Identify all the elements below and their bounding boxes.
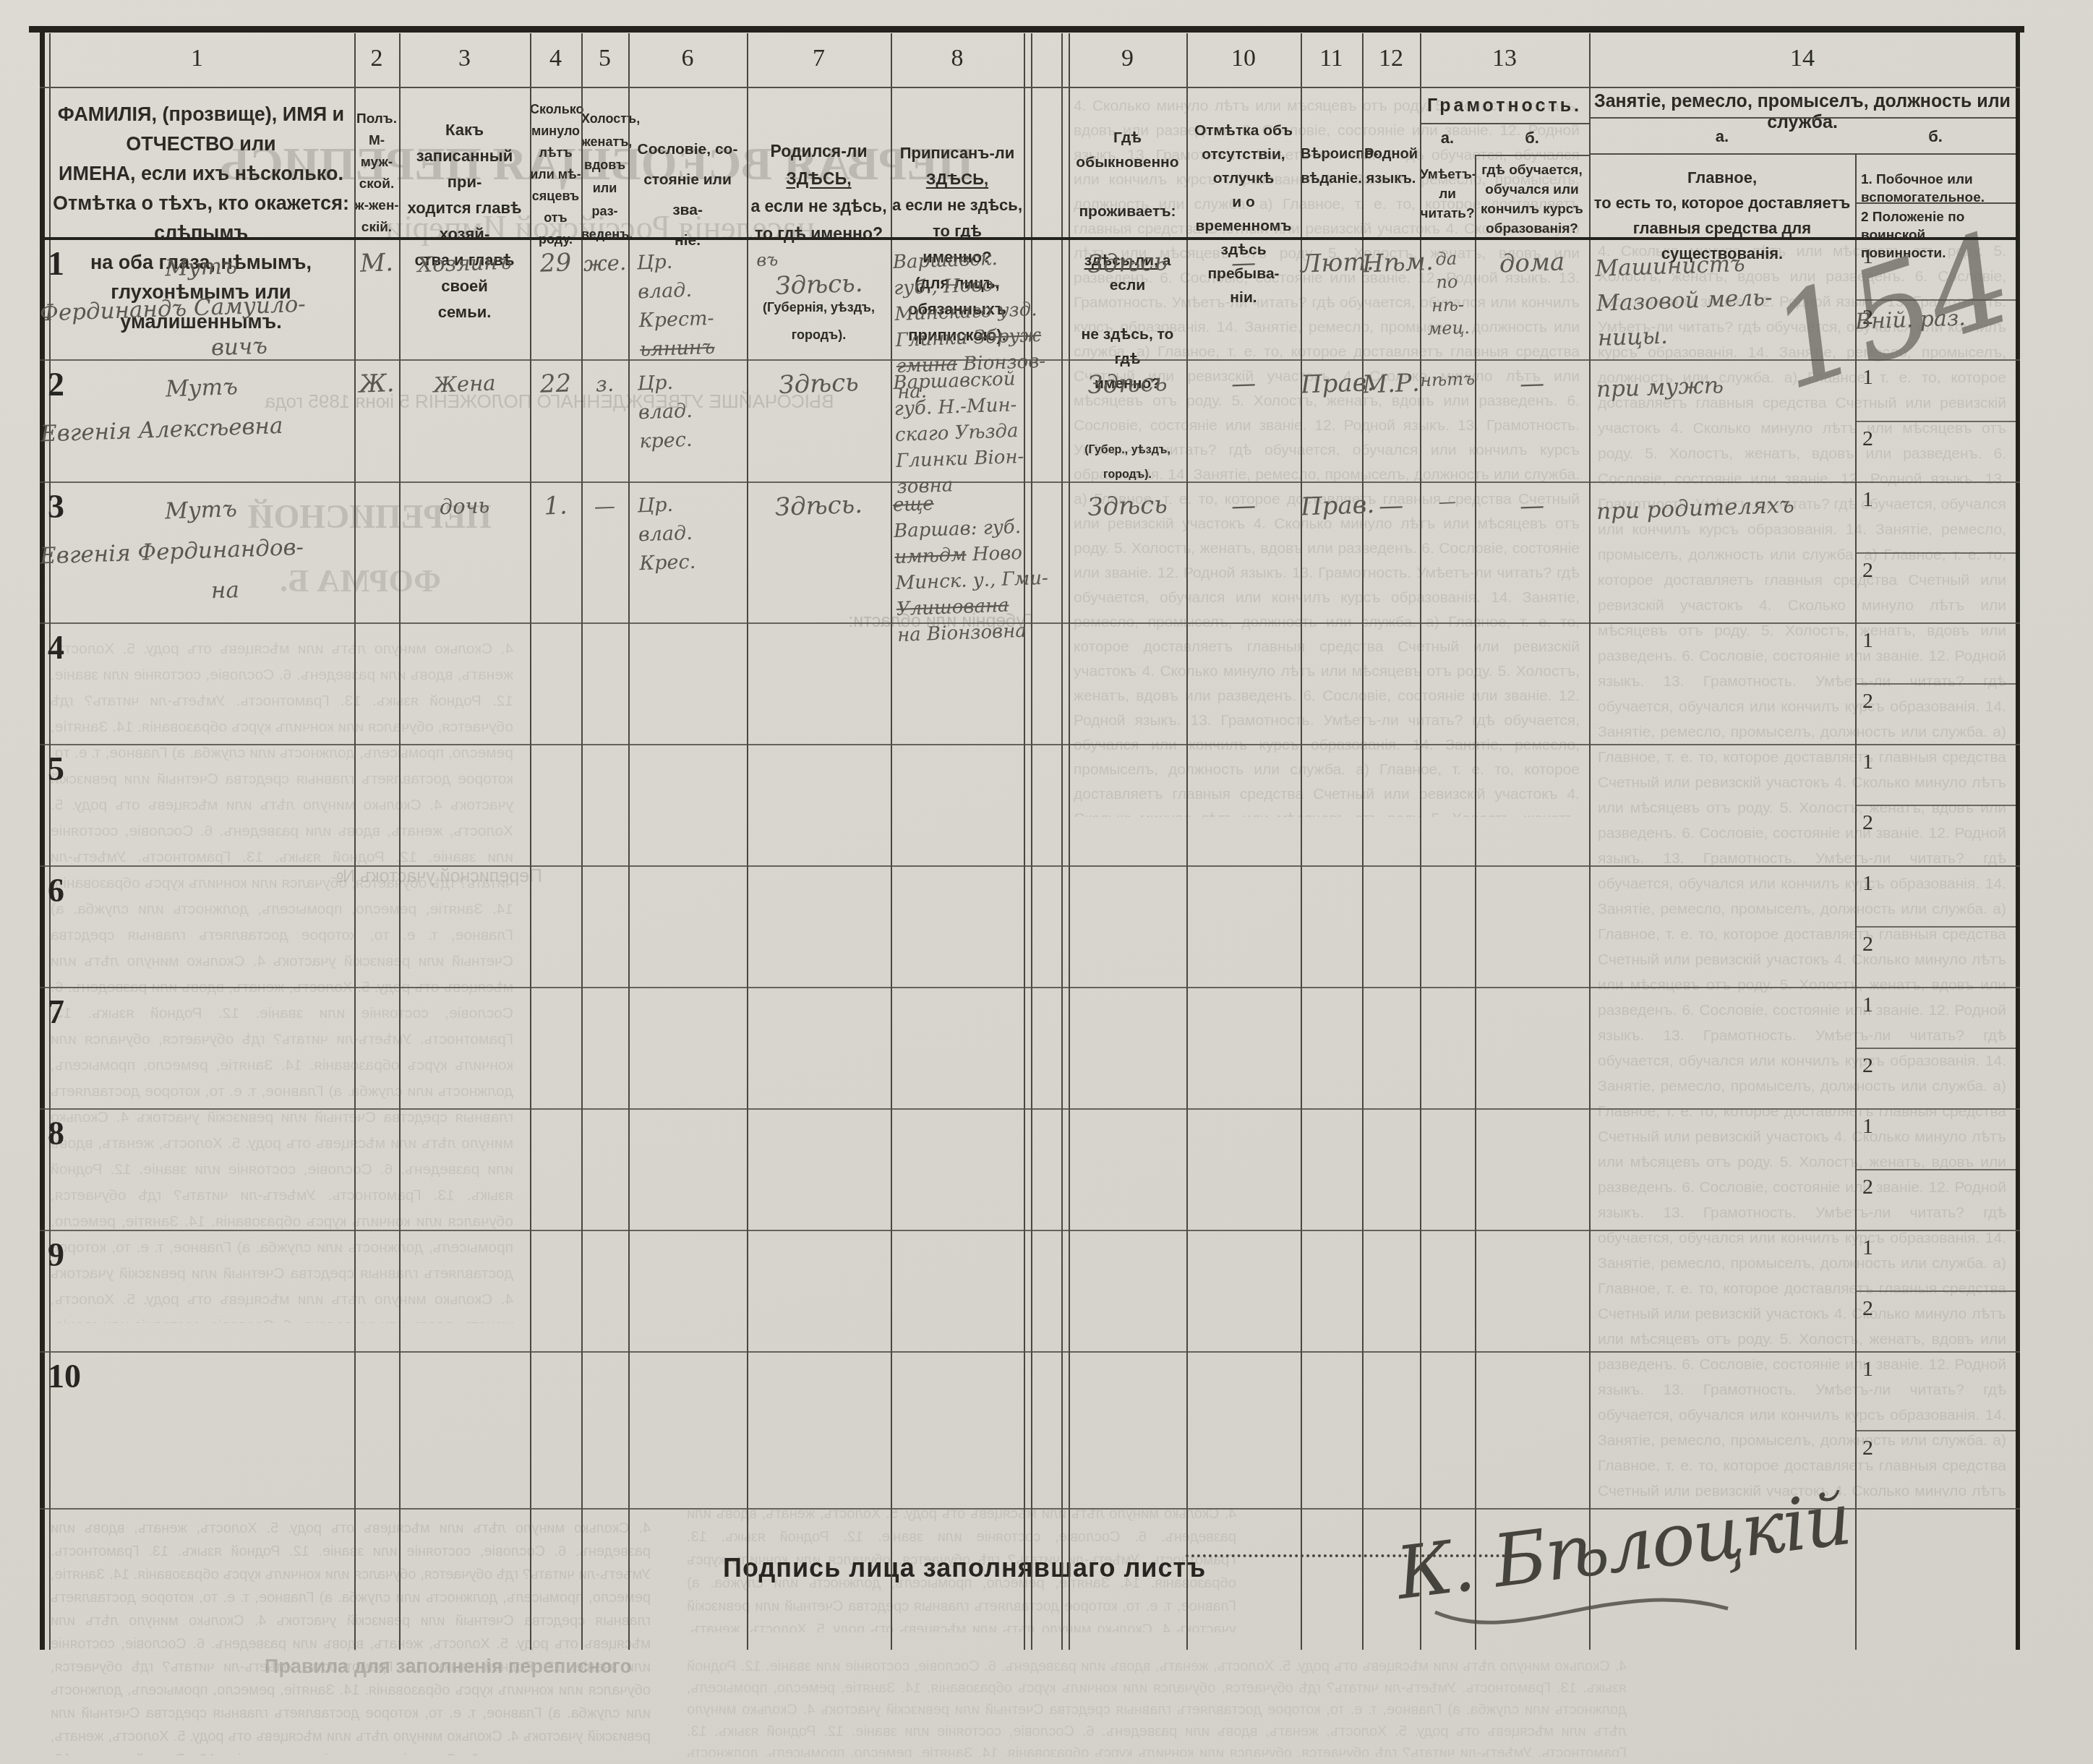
row-3-cell-c8: ещеВаршав: губ.имѣдм НовоМинск. у., Гми-… [888, 488, 1026, 648]
header-col13a-text: Умѣетъ- ли читать? [1420, 165, 1475, 223]
col14b-mark-1: 1 [1862, 244, 1873, 269]
table-top-border [29, 26, 2024, 33]
header-col9-note: (Губер., уѣздъ, городъ). [1069, 438, 1186, 487]
header-col2: Полъ. М-муж- ской. ж-жен- скій. [354, 108, 399, 239]
header-col9: Гдѣ обыкновенно проживаетъ: здѣсь-ли, а … [1069, 101, 1186, 512]
column-number: 4 [530, 45, 581, 72]
col14b-mark-2: 2 [1862, 810, 1873, 835]
bleedthrough-left-middle: 4. Сколько минуло лѣтъ или мѣсяцевъ отъ … [51, 636, 513, 1323]
row-number: 7 [48, 993, 98, 1031]
row-3-cell-c13a: — [1419, 489, 1475, 515]
row-2-cell-c10: — [1186, 366, 1301, 401]
grid-row-line [40, 481, 2020, 483]
col14b-mark-1: 1 [1862, 1114, 1873, 1139]
col14b-mark-2: 2 [1862, 932, 1873, 956]
row-1-cell-c1: МутъФердинандъ Самуило-вичъ [38, 241, 356, 374]
col14b-mark-1: 1 [1862, 1236, 1873, 1260]
col14b-half-line [1855, 1430, 2016, 1431]
row-2-cell-c11: Прав. [1300, 367, 1362, 401]
header-col13b-text: гдѣ обучается, обучался или кончилъ курс… [1475, 160, 1589, 239]
grid-row-line [40, 622, 2020, 624]
col14b-mark-1: 1 [1862, 1357, 1873, 1382]
header-col3: Какъ записанный при- ходится главѣ хозяй… [399, 117, 530, 325]
col14b-mark-1: 1 [1862, 365, 1873, 390]
row-1-cell-c4: 29 [529, 247, 581, 280]
header-col14a-label: а. [1589, 127, 1855, 146]
row-number: 5 [48, 750, 98, 788]
grid-row-line [40, 744, 2020, 745]
header-col7-here: ЗДѢСЬ, [786, 169, 851, 188]
row-2-cell-c3: Жена [398, 366, 530, 402]
header-col14b-label: б. [1855, 127, 2016, 146]
column-number: 3 [399, 45, 530, 72]
row-2-cell-c12: М.Р. [1361, 367, 1420, 401]
row-3-cell-c1: МутъЕвгенія Фердинандов-на [38, 484, 356, 617]
row-1-cell-c7: въЗдѣсь. [746, 245, 891, 304]
header-col14-underline [1589, 117, 2016, 119]
column-number: 10 [1186, 45, 1301, 72]
row-number: 6 [48, 871, 98, 909]
row-2-cell-c5: з. [581, 367, 628, 401]
row-1-cell-c14a: МашинистъМазовой мель-ницы. [1588, 243, 1857, 356]
row-2-cell-c2: Ж. [354, 367, 399, 401]
grid-row-line [40, 1508, 2020, 1510]
row-3-cell-c3: дочь [398, 488, 530, 524]
row-number: 9 [48, 1236, 98, 1274]
row-2-cell-c1: МутъЕвгенія Алексѣевна [38, 362, 356, 454]
col14b-half-line [1855, 1169, 2016, 1170]
col14b-mark-2: 2 [1862, 1436, 1873, 1460]
column-number: 5 [581, 45, 628, 72]
header-col10: Отмѣтка объ отсутствіи, отлучкѣ и о врем… [1186, 119, 1301, 309]
col14b-half-line [1855, 683, 2016, 685]
header-col11: Вѣроиспо- вѣданіе. [1301, 142, 1362, 191]
bleedthrough-rules-title: Правила для заполненія переписного листа… [239, 1656, 658, 1684]
header-col13-title: Грамотность. [1420, 95, 1589, 116]
row-1-cell-c13b: дома [1474, 245, 1589, 281]
col14b-mark-2: 2 [1862, 427, 1873, 451]
row-2-cell-c4: 22 [529, 367, 581, 401]
header-col8-here: ЗДѢСЬ, [926, 170, 988, 188]
signature-flourish [1431, 1583, 1735, 1648]
grid-vline [1024, 33, 1025, 1650]
grid-row-line [40, 1108, 2020, 1110]
row-1-cell-c6: Цр.влад.Крест-ьянинъ [626, 245, 748, 365]
row-1-cell-c2: М. [354, 247, 399, 280]
header-col13-underline [1420, 123, 1589, 124]
row-3-cell-c7: Здѣсь. [746, 488, 891, 525]
signature-label: Подпись лица заполнявшаго листъ [723, 1553, 1206, 1583]
col14b-mark-1: 1 [1862, 993, 1873, 1017]
grid-hline-under-header [40, 237, 2020, 240]
row-3-cell-c9: Здѣсь [1068, 488, 1186, 524]
grid-row-line [40, 1351, 2020, 1353]
col14b-half-line [1855, 1290, 2016, 1292]
column-number: 6 [628, 45, 747, 72]
header-col7: Родился-ли ЗДѢСЬ, а если не здѣсь, то гд… [747, 110, 891, 376]
col14b-mark-2: 2 [1862, 1296, 1873, 1321]
row-number: 10 [48, 1357, 98, 1395]
bleedthrough-bottom-left: 4. Сколько минуло лѣтъ или мѣсяцевъ отъ … [51, 1517, 651, 1755]
header-col14b-divider [1855, 202, 2016, 204]
column-number: 13 [1420, 45, 1589, 72]
col14b-half-line [1855, 1048, 2016, 1049]
column-number: 9 [1069, 45, 1186, 72]
col14b-mark-2: 2 [1862, 689, 1873, 714]
column-number: 7 [747, 45, 891, 72]
col14b-half-line [1855, 421, 2016, 422]
grid-vline [1061, 33, 1063, 1650]
header-col9-line2: проживаетъ: [1069, 200, 1186, 224]
col14b-mark-2: 2 [1862, 1053, 1873, 1078]
col14b-mark-1: 1 [1862, 750, 1873, 774]
grid-row-line [40, 865, 2020, 867]
row-1-cell-c10: — [1186, 245, 1301, 281]
row-2-cell-c13a: нѣтъ [1419, 367, 1475, 393]
header-col13b-underline [1475, 155, 1589, 156]
column-number: 14 [1589, 45, 2016, 72]
col14b-mark-1: 1 [1862, 628, 1873, 653]
header-col5: Холостъ, женатъ, вдовъ или раз- веденъ. [581, 107, 628, 246]
row-3-cell-c14a: при родителяхъ [1588, 486, 1855, 530]
bleedthrough-bottom-columns: 4. Сколько минуло лѣтъ или мѣсяцевъ отъ … [687, 1656, 1627, 1757]
col14b-mark-1: 1 [1862, 871, 1873, 896]
row-number: 4 [48, 628, 98, 667]
header-col14ab-underline [1589, 153, 2016, 155]
row-1-cell-c12: Нѣм. [1361, 247, 1420, 281]
header-col13a-label: а. [1420, 129, 1475, 147]
column-number: 11 [1301, 45, 1362, 72]
row-1-cell-c13a: дапонѣ-мец. [1418, 247, 1476, 341]
row-1-cell-c5: же. [581, 247, 628, 280]
header-col7-pre: Родился-ли [770, 142, 867, 160]
row-3-cell-c12: — [1361, 489, 1420, 523]
col14b-half-line [1855, 552, 2016, 554]
row-1-cell-c14b: Вній. раз. [1854, 301, 2016, 338]
header-col8-pre: Приписанъ-ли [900, 144, 1014, 162]
header-col4: Сколько минуло лѣтъ или мѣ- сяцевъ отъ р… [530, 98, 581, 250]
row-3-cell-c6: Цр.влад.Крес. [627, 488, 748, 579]
column-number: 12 [1362, 45, 1420, 72]
row-2-cell-c8: Варшавскойгуб. Н.-Мин-скаго УѣздаГлинки … [889, 366, 1026, 500]
col14b-mark-2: 2 [1862, 1175, 1873, 1199]
row-3-cell-c4: 1. [529, 489, 581, 523]
row-1-cell-c3: Хозяинъ [398, 245, 530, 281]
census-sheet-page: ПЕРВАЯ ВСЕОБЩАЯ ПЕРЕПИСЬ населенія Россі… [0, 0, 2093, 1764]
col14b-half-line [1855, 805, 2016, 806]
row-2-cell-c7: Здѣсь [746, 366, 891, 403]
grid-hline-under-numbers [40, 87, 2020, 88]
table-right-border [2016, 26, 2020, 1650]
row-1-cell-c11: Лют. [1300, 247, 1362, 281]
row-2-cell-c6: Цр.влад.крес. [627, 366, 748, 457]
grid-row-line [40, 1230, 2020, 1231]
row-3-cell-c13b: — [1474, 488, 1589, 523]
bleedthrough-instructions-col14: 4. Сколько минуло лѣтъ или мѣсяцевъ отъ … [1598, 239, 2006, 1497]
grid-vline [1031, 33, 1032, 1650]
col14b-half-line [1855, 926, 2016, 928]
grid-row-line [40, 987, 2020, 988]
column-number: 8 [891, 45, 1024, 72]
grid-vline [1855, 153, 1857, 1650]
header-col14b-item1: 1. Побочное или вспомогательное. [1861, 171, 2011, 207]
header-col12: Родной языкъ. [1362, 142, 1420, 191]
col14b-mark-1: 1 [1862, 487, 1873, 512]
row-3-cell-c11: Прав. [1300, 489, 1362, 523]
row-1-cell-c9: Здѣсь [1068, 245, 1186, 281]
header-col9-line1: Гдѣ обыкновенно [1069, 126, 1186, 175]
row-3-cell-c10: — [1186, 488, 1301, 523]
header-col13b-label: б. [1475, 129, 1589, 147]
bleedthrough-precinct-line: Переписной участокъ № [239, 866, 542, 892]
column-number: 2 [354, 45, 399, 72]
column-number: 1 [40, 45, 354, 72]
row-3-cell-c5: — [581, 489, 628, 523]
row-2-cell-c13b: — [1474, 366, 1589, 401]
col14b-half-line [1855, 299, 2016, 301]
row-number: 8 [48, 1114, 98, 1152]
row-2-cell-c9: Здѣсь [1068, 366, 1186, 402]
col14b-mark-2: 2 [1862, 558, 1873, 583]
